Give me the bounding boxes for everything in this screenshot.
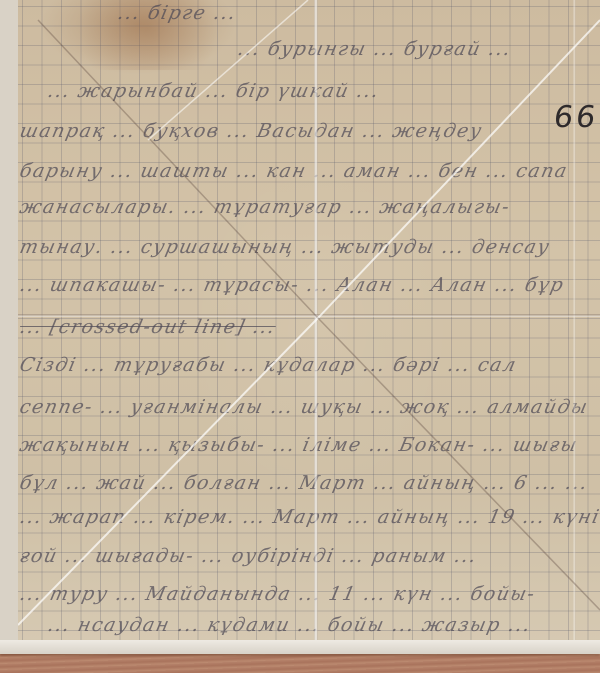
letter-page: ... бірге ... ... бурынгы ... бурғай ...… xyxy=(18,0,600,644)
diagonal-fold-creases xyxy=(18,0,600,644)
bottom-page-edge xyxy=(0,640,600,654)
